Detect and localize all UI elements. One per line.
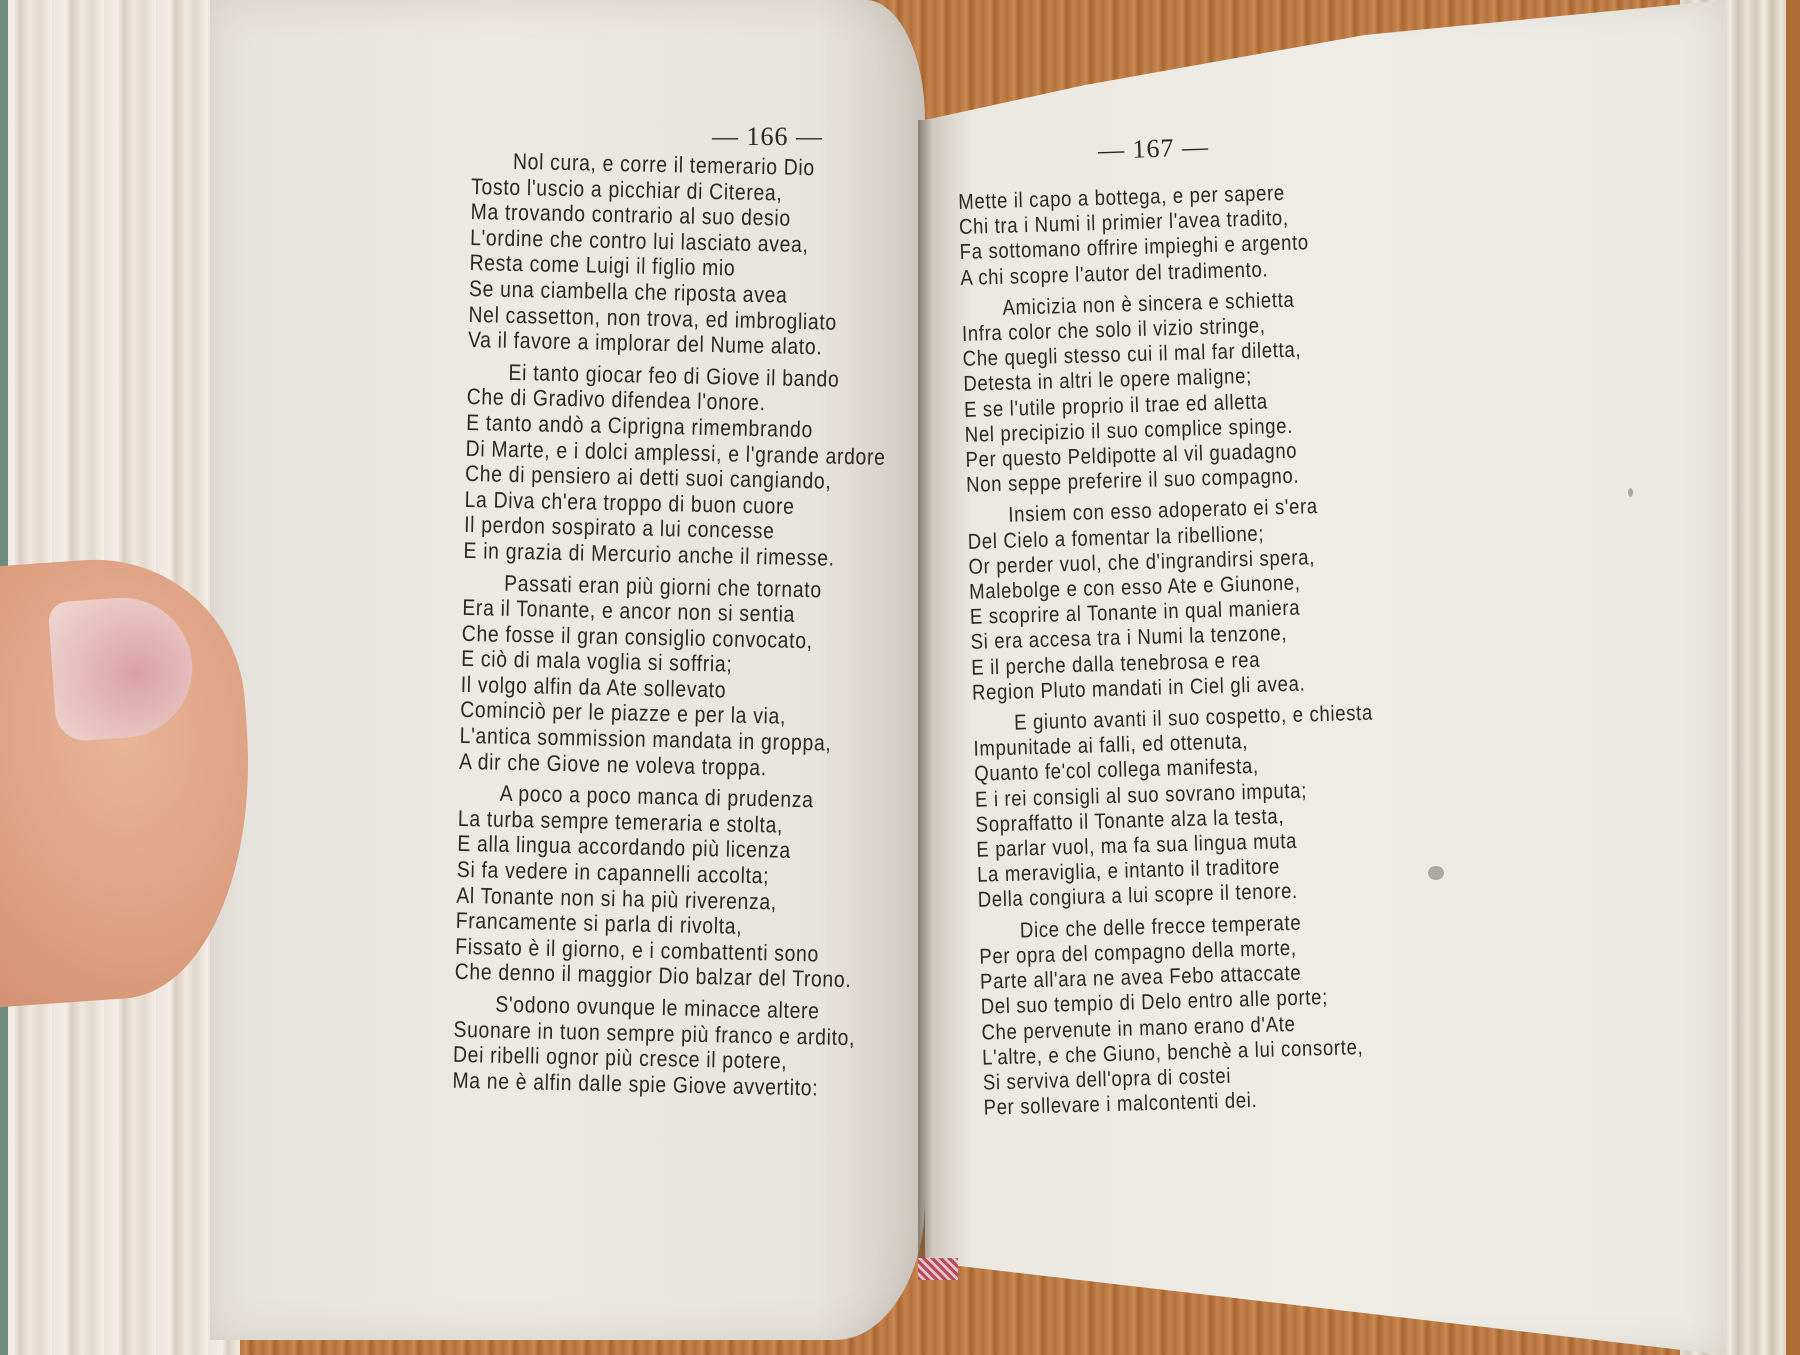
page-number-left: — 166 — (712, 122, 823, 152)
paper-stain (1628, 488, 1633, 497)
stanza: A poco a poco manca di prudenza La turba… (454, 780, 908, 994)
stanza: Dice che delle frecce temperate Per opra… (978, 906, 1453, 1121)
stanza: Amicizia non è sincera e schietta Infra … (961, 284, 1436, 499)
stanza: Passati eran più giorni che tornato Era … (459, 569, 913, 783)
book-headband (918, 1258, 958, 1280)
stanza: Mette il capo a bottega, e per sapere Ch… (958, 177, 1431, 291)
stanza: Nol cura, e corre il temerario Dio Tosto… (468, 148, 922, 362)
page-number-right: — 167 — (1098, 132, 1210, 166)
book-gutter (918, 120, 932, 1260)
left-page-text: Nol cura, e corre il temerario Dio Tosto… (452, 148, 922, 1109)
paper-stain (1428, 866, 1444, 880)
stanza: E giunto avanti il suo cospetto, e chies… (973, 699, 1448, 914)
stanza: Insiem con esso adoperato ei s'era Del C… (967, 491, 1442, 706)
stanza: Ei tanto giocar feo di Giove il bando Ch… (463, 359, 917, 573)
thumbnail (48, 593, 197, 742)
stanza: S'odono ovunque le minacce altere Suonar… (452, 991, 904, 1103)
right-page-text: Mette il capo a bottega, e per sapere Ch… (958, 177, 1454, 1127)
